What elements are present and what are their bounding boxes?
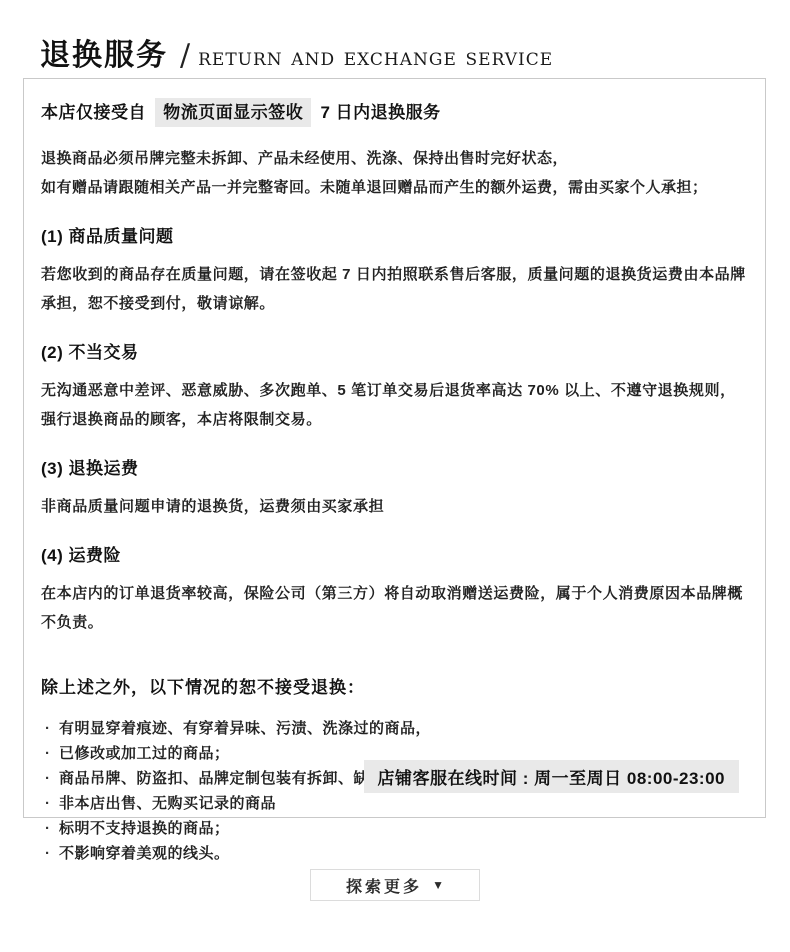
intro-highlight-badge: 物流页面显示签收 [155, 98, 311, 127]
list-item: · 不影响穿着美观的线头。 [41, 841, 747, 866]
explore-more-label: 探索更多 [346, 874, 422, 897]
intro-suffix: 7 日内退换服务 [320, 103, 440, 122]
section-quality-issues: (1) 商品质量问题 若您收到的商品存在质量问题，请在签收起 7 日内拍照联系售… [41, 225, 747, 318]
footer: 探索更多 ▼ [0, 869, 790, 901]
exclusions-heading: 除上述之外，以下情况的恕不接受退换： [41, 673, 747, 698]
bullet-icon: · [41, 741, 59, 766]
bullet-icon: · [41, 791, 59, 816]
section-body: 非商品质量问题申请的退换货，运费须由买家承担 [41, 492, 747, 521]
section-heading: (2) 不当交易 [41, 341, 747, 365]
section-heading: (3) 退换运费 [41, 457, 747, 481]
exclusion-text: 不影响穿着美观的线头。 [59, 841, 230, 866]
intro-note-line: 退换商品必须吊牌完整未拆卸、产品未经使用、洗涤、保持出售时完好状态， [41, 144, 747, 173]
bullet-icon: · [41, 816, 59, 841]
exclusion-text: 已修改或加工过的商品； [59, 741, 230, 766]
bullet-icon: · [41, 841, 59, 866]
section-body: 在本店内的订单退货率较高，保险公司（第三方）将自动取消赠送运费险，属于个人消费原… [41, 579, 747, 637]
page-title-english: Return And Exchange Service [198, 43, 553, 71]
list-item: · 标明不支持退换的商品； [41, 816, 747, 841]
section-heading: (1) 商品质量问题 [41, 225, 747, 249]
intro-prefix: 本店仅接受自 [41, 103, 146, 122]
exclusion-text: 非本店出售、无购买记录的商品 [59, 791, 276, 816]
section-body: 无沟通恶意中差评、恶意威胁、多次跑单、5 笔订单交易后退货率高达 70% 以上、… [41, 376, 747, 434]
policy-intro-note: 退换商品必须吊牌完整未拆卸、产品未经使用、洗涤、保持出售时完好状态， 如有赠品请… [41, 144, 747, 202]
intro-note-line: 如有赠品请跟随相关产品一并完整寄回。未随单退回赠品而产生的额外运费，需由买家个人… [41, 173, 747, 202]
chevron-down-icon: ▼ [432, 878, 444, 892]
bullet-icon: · [41, 716, 59, 741]
service-hours-badge: 店铺客服在线时间 : 周一至周日 08:00-23:00 [364, 760, 739, 793]
return-policy-panel: 本店仅接受自 物流页面显示签收 7 日内退换服务 退换商品必须吊牌完整未拆卸、产… [23, 78, 766, 818]
section-return-shipping: (3) 退换运费 非商品质量问题申请的退换货，运费须由买家承担 [41, 457, 747, 521]
bullet-icon: · [41, 766, 59, 791]
exclusion-text: 有明显穿着痕迹、有穿着异味、污渍、洗涤过的商品， [59, 716, 431, 741]
policy-intro-title: 本店仅接受自 物流页面显示签收 7 日内退换服务 [41, 99, 747, 127]
section-body: 若您收到的商品存在质量问题，请在签收起 7 日内拍照联系售后客服，质量问题的退换… [41, 260, 747, 318]
list-item: · 非本店出售、无购买记录的商品 [41, 791, 747, 816]
explore-more-button[interactable]: 探索更多 ▼ [310, 869, 480, 901]
exclusion-text: 标明不支持退换的商品； [59, 816, 230, 841]
title-separator: / [180, 38, 190, 73]
list-item: · 有明显穿着痕迹、有穿着异味、污渍、洗涤过的商品， [41, 716, 747, 741]
page-title: 退换服务 [40, 30, 168, 74]
section-shipping-insurance: (4) 运费险 在本店内的订单退货率较高，保险公司（第三方）将自动取消赠送运费险… [41, 544, 747, 637]
section-improper-transactions: (2) 不当交易 无沟通恶意中差评、恶意威胁、多次跑单、5 笔订单交易后退货率高… [41, 341, 747, 434]
section-heading: (4) 运费险 [41, 544, 747, 568]
page-header: 退换服务 / Return And Exchange Service [0, 0, 790, 78]
